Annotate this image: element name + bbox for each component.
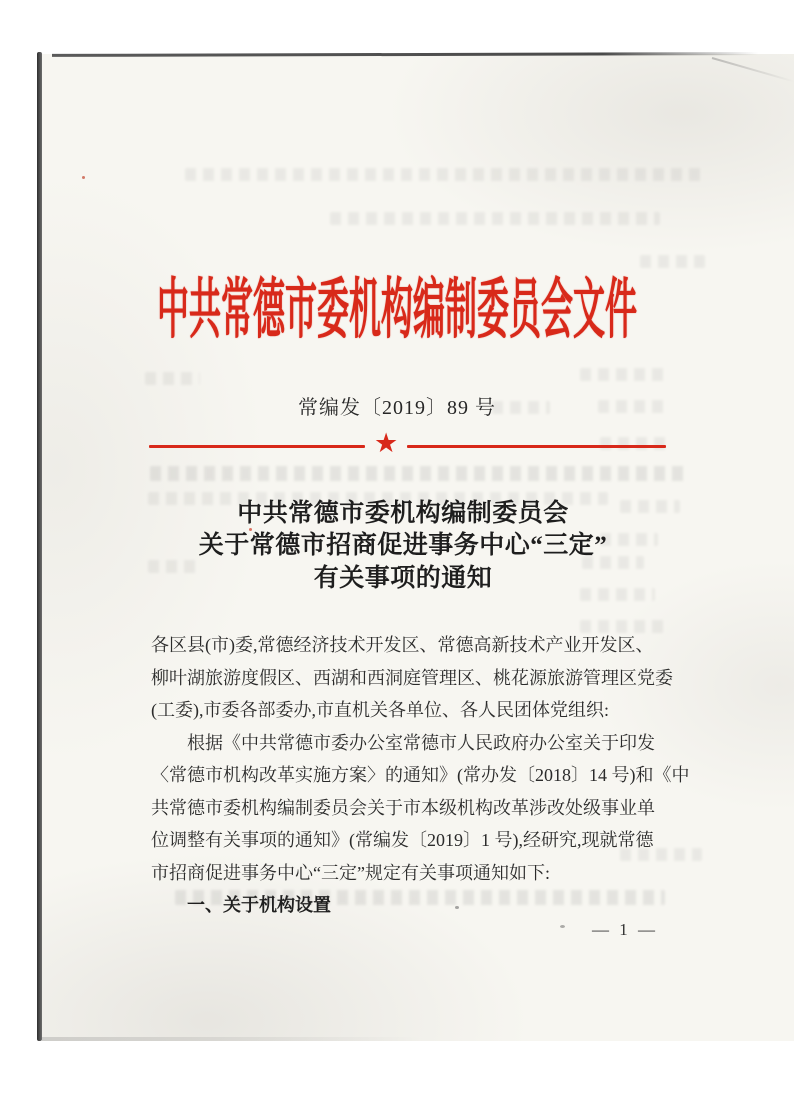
bleedthrough-artifact: [150, 466, 690, 481]
body-line: 柳叶湖旅游度假区、西湖和西洞庭管理区、桃花源旅游管理区党委: [151, 662, 711, 695]
letterhead-org-title: 中共常德市委机构编制委员会文件: [0, 270, 794, 348]
letterhead-separator-rule: ★: [149, 433, 666, 459]
notice-title: 中共常德市委机构编制委员会关于常德市招商促进事务中心“三定”有关事项的通知: [6, 498, 794, 595]
page-number: — 1 —: [592, 920, 658, 940]
bleedthrough-artifact: [185, 168, 705, 181]
scan-speck: [560, 925, 565, 928]
body-line: 根据《中共常德市委办公室常德市人民政府办公室关于印发: [151, 727, 711, 760]
bleedthrough-artifact: [330, 212, 660, 225]
body-line: 市招商促进事务中心“三定”规定有关事项通知如下:: [151, 857, 711, 890]
document-body: 各区县(市)委,常德经济技术开发区、常德高新技术产业开发区、柳叶湖旅游度假区、西…: [151, 629, 711, 922]
bleedthrough-artifact: [145, 372, 200, 385]
notice-title-line: 中共常德市委机构编制委员会: [6, 498, 794, 530]
body-line: 共常德市委机构编制委员会关于市本级机构改革涉改处级事业单: [151, 792, 711, 825]
document-number: 常编发〔2019〕89 号: [0, 397, 794, 419]
notice-title-line: 关于常德市招商促进事务中心“三定”: [6, 530, 794, 562]
notice-title-line: 有关事项的通知: [6, 563, 794, 595]
body-line: (工委),市委各部委办,市直机关各单位、各人民团体党组织:: [151, 694, 711, 727]
star-icon: ★: [374, 431, 398, 457]
separator-line-right: [407, 445, 666, 448]
bleedthrough-artifact: [580, 368, 670, 381]
body-line: 各区县(市)委,常德经济技术开发区、常德高新技术产业开发区、: [151, 629, 711, 662]
scan-speck: [82, 176, 85, 179]
body-line: 位调整有关事项的通知》(常编发〔2019〕1 号),经研究,现就常德: [151, 824, 711, 857]
body-section-heading: 一、关于机构设置: [151, 889, 711, 922]
scan-bottom-smudge: [42, 1037, 422, 1041]
body-line: 〈常德市机构改革实施方案〉的通知》(常办发〔2018〕14 号)和《中: [151, 759, 711, 792]
bleedthrough-artifact: [640, 255, 705, 268]
scanned-document: 中共常德市委机构编制委员会文件 常编发〔2019〕89 号 ★ 中共常德市委机构…: [0, 0, 794, 1108]
separator-line-left: [149, 445, 365, 448]
